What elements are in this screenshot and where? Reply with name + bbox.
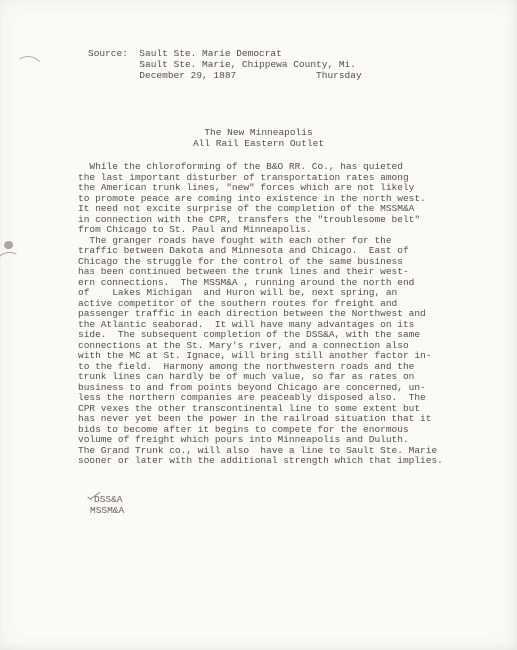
article-paragraph-1: While the chloroforming of the B&O RR. C… [78,162,443,236]
paper-spot-mark-icon [4,241,13,249]
margin-notes: DSS&A MSSM&A [90,495,124,517]
scanned-document-page: Source: Sault Ste. Marie Democrat Sault … [0,0,517,650]
source-citation-block: Source: Sault Ste. Marie Democrat Sault … [88,49,362,82]
article-title-line2: All Rail Eastern Outlet [0,138,517,149]
article-body: While the chloroforming of the B&O RR. C… [78,162,443,467]
margin-note-mssma: MSSM&A [90,506,124,517]
article-title-block: The New Minneapolis All Rail Eastern Out… [0,127,517,149]
paper-arc-mark-middle-icon [0,249,26,281]
article-title-line1: The New Minneapolis [0,127,517,138]
paper-arc-mark-top-icon [13,54,45,83]
article-paragraph-2: The granger roads have fought with each … [78,236,443,467]
source-citation-text: Source: Sault Ste. Marie Democrat Sault … [88,49,362,82]
